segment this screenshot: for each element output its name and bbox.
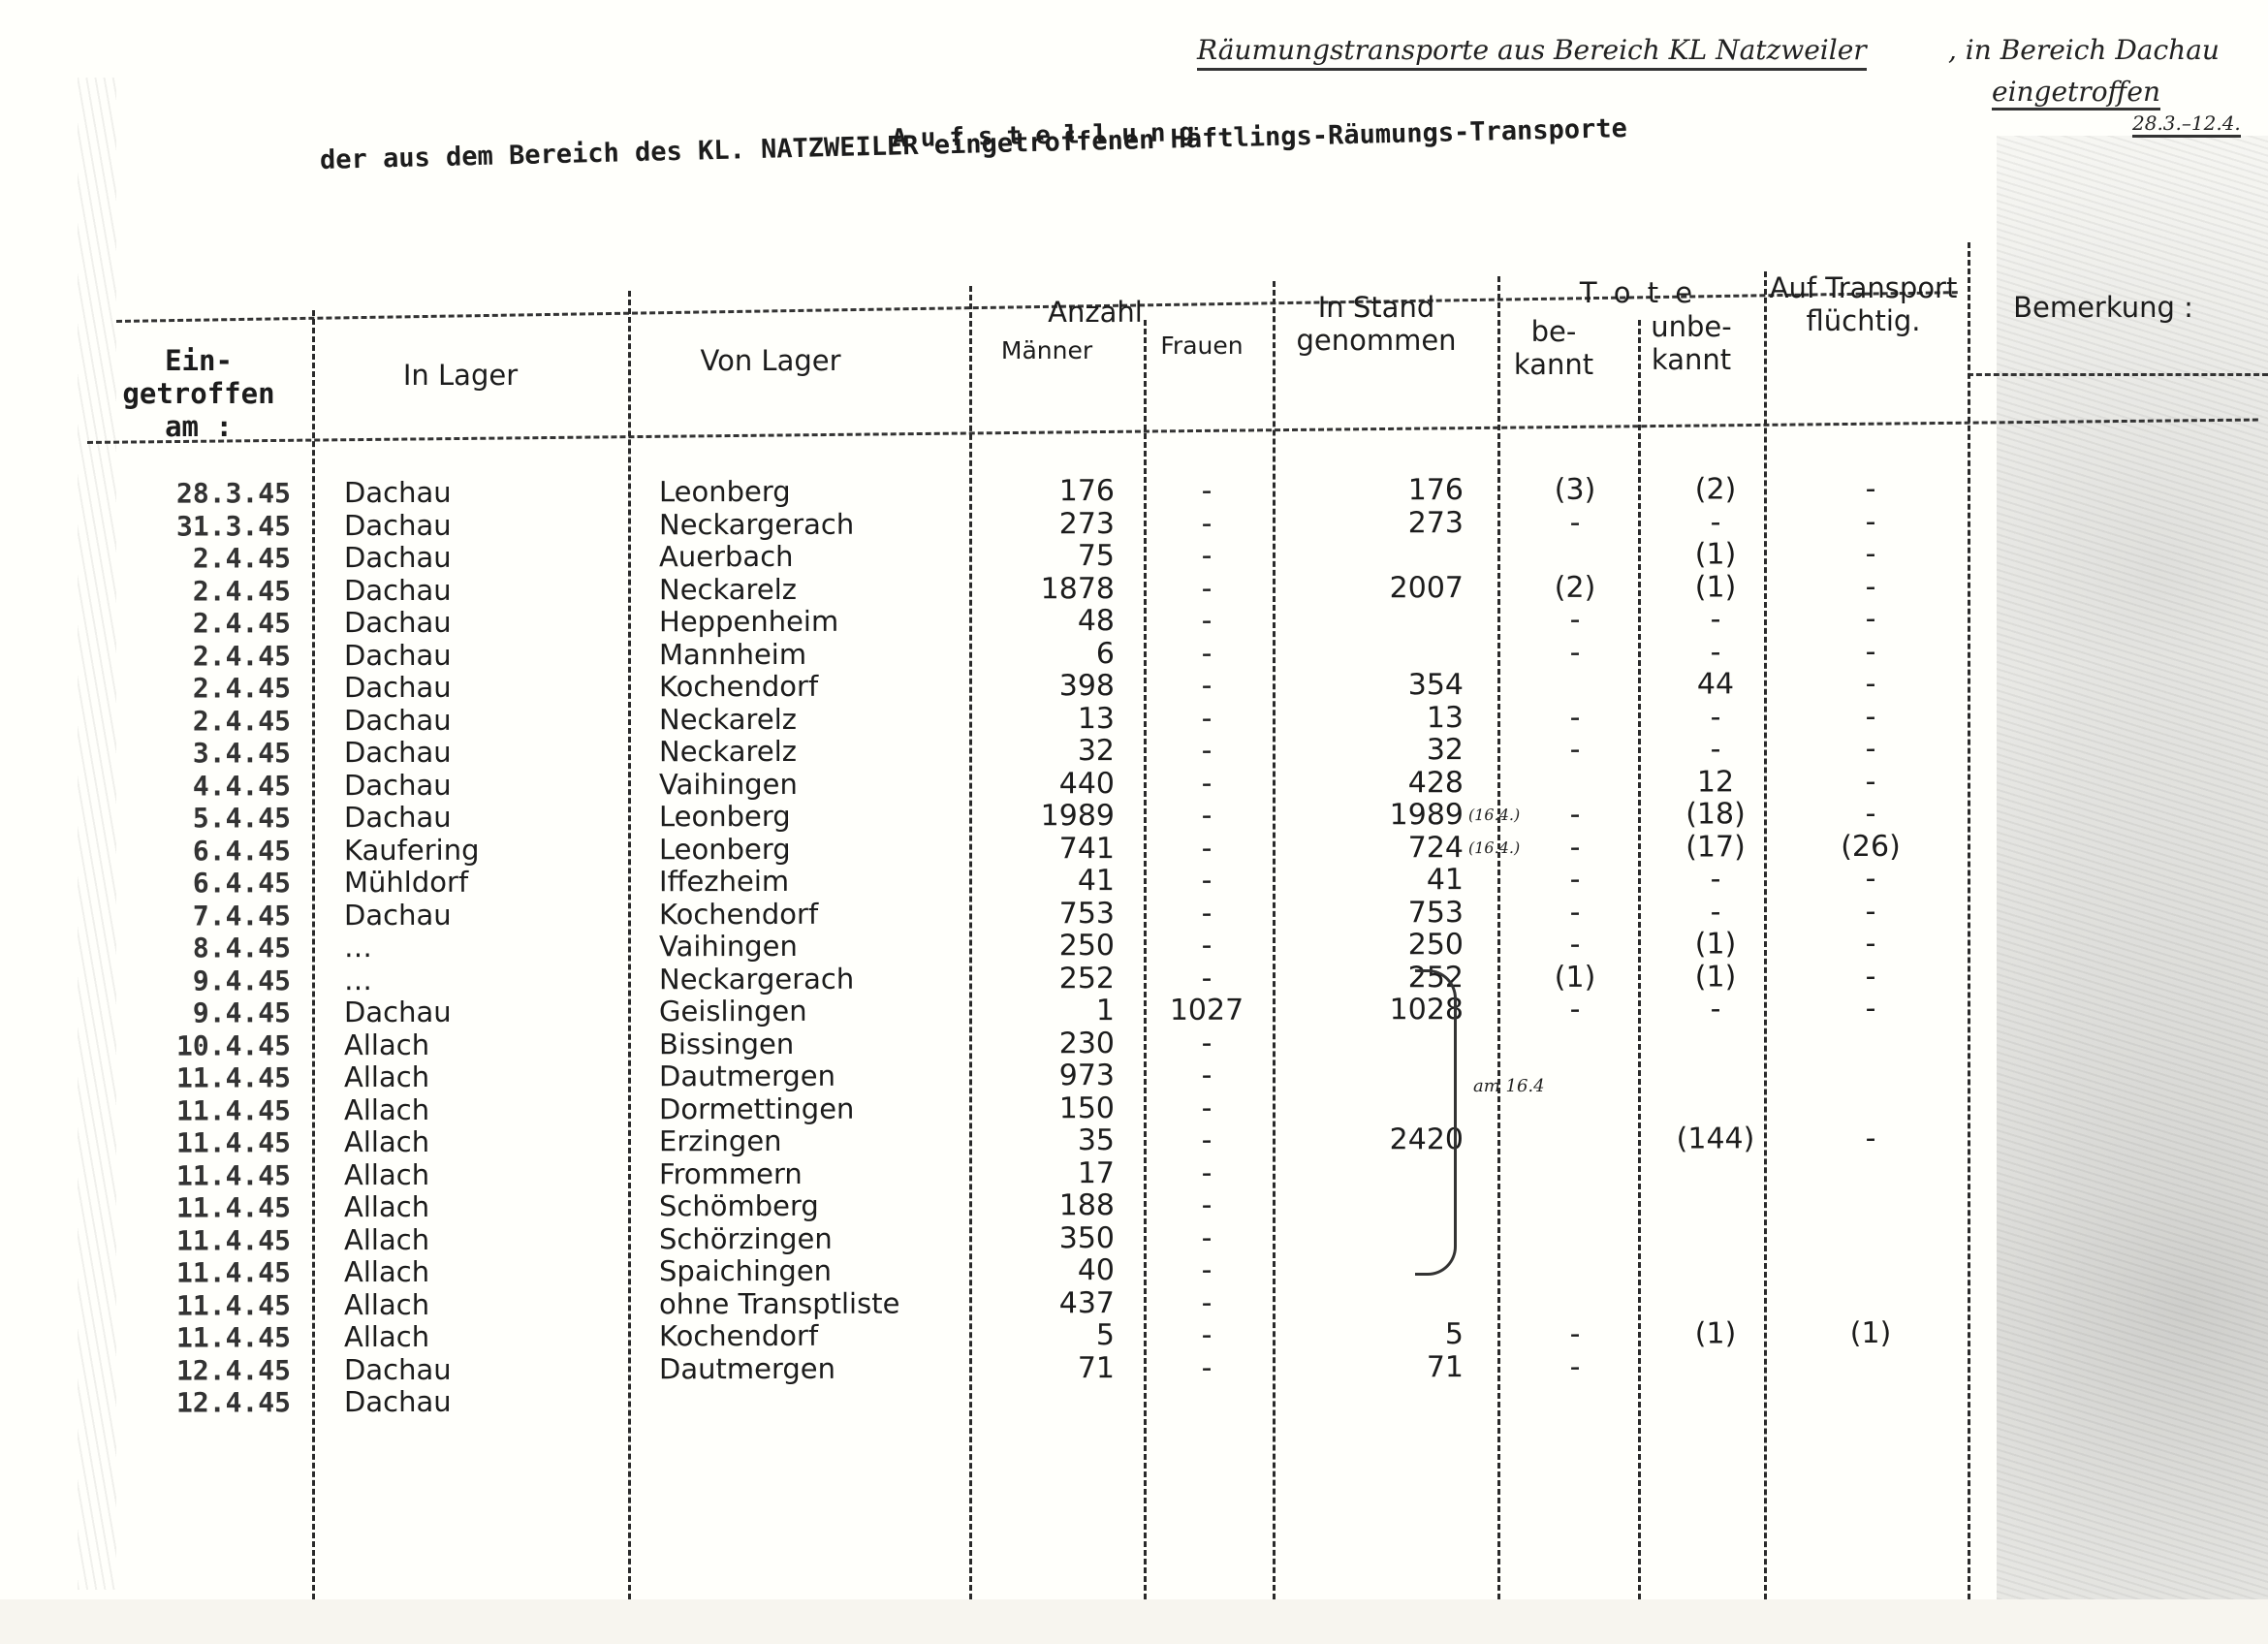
dead-known-cell: (2) <box>1512 571 1638 603</box>
in-camp-cell: … <box>344 932 372 964</box>
date-cell: 8.4.45 <box>107 932 291 964</box>
in-camp-cell: Dachau <box>344 1353 452 1385</box>
women-count-cell: - <box>1163 670 1250 702</box>
women-count-cell: - <box>1163 1027 1250 1059</box>
date-cell: 11.4.45 <box>107 1191 291 1223</box>
dead-unknown-cell: (1) <box>1653 928 1779 960</box>
from-camp-cell: Iffezheim <box>659 866 789 898</box>
date-cell: 11.4.45 <box>107 1159 291 1191</box>
women-count-cell: - <box>1163 605 1250 637</box>
date-cell: 2.4.45 <box>107 575 291 607</box>
in-camp-cell: Allach <box>344 1093 429 1125</box>
header-in-camp: In Lager <box>339 359 582 392</box>
from-camp-cell: Kochendorf <box>659 671 818 703</box>
stand-count-cell: 13 <box>1328 702 1464 734</box>
dead-known-cell: (3) <box>1512 474 1638 506</box>
in-camp-cell: Mühldorf <box>344 867 468 899</box>
men-count-cell: 13 <box>998 703 1115 735</box>
women-count-cell: - <box>1163 962 1250 994</box>
header-dead-unknown: unbe-kannt <box>1638 310 1745 376</box>
table-row: 31.3.45DachauNeckargerach273-273--- <box>0 504 2268 542</box>
in-camp-cell: Allach <box>344 1321 429 1353</box>
from-camp-cell: Heppenheim <box>659 606 838 638</box>
men-count-cell: 273 <box>998 508 1115 540</box>
dead-unknown-cell: - <box>1653 896 1779 928</box>
table-row: 7.4.45DachauKochendorf753-753--- <box>0 894 2268 932</box>
from-camp-cell: Schörzingen <box>659 1222 833 1254</box>
in-camp-cell: Dachau <box>344 996 452 1028</box>
header-escaped: Auf Transport flüchtig. <box>1769 271 1958 337</box>
men-count-cell: 398 <box>998 670 1115 702</box>
date-cell: 11.4.45 <box>107 1289 291 1321</box>
women-count-cell: - <box>1163 832 1250 864</box>
escaped-cell: - <box>1793 603 1948 635</box>
from-camp-cell: Neckarelz <box>659 573 797 605</box>
dead-unknown-cell: 44 <box>1653 668 1779 700</box>
header-date: Ein-getroffen am : <box>107 344 291 443</box>
women-count-cell: - <box>1163 1059 1250 1091</box>
dead-unknown-cell: (1) <box>1653 538 1779 570</box>
women-count-cell: - <box>1163 1319 1250 1351</box>
header-from-camp: Von Lager <box>649 344 892 377</box>
men-count-cell: 973 <box>998 1059 1115 1091</box>
date-cell: 2.4.45 <box>107 705 291 737</box>
men-count-cell: 753 <box>998 898 1115 930</box>
stand-count-cell: 71 <box>1328 1351 1464 1383</box>
date-cell: 10.4.45 <box>107 1029 291 1061</box>
bracket-note: am 16.4 <box>1473 1076 1545 1096</box>
table-row: 10.4.45AllachBissingen230- <box>0 1024 2268 1061</box>
dead-unknown-cell: - <box>1653 636 1779 668</box>
men-count-cell: 741 <box>998 833 1115 865</box>
men-count-cell: 1989 <box>998 800 1115 832</box>
date-cell: 2.4.45 <box>107 640 291 672</box>
dead-unknown-cell: (17) <box>1653 831 1779 863</box>
date-cell: 4.4.45 <box>107 770 291 802</box>
date-cell: 5.4.45 <box>107 802 291 834</box>
escaped-cell: - <box>1793 863 1948 895</box>
men-count-cell: 6 <box>998 638 1115 670</box>
date-cell: 7.4.45 <box>107 900 291 932</box>
in-camp-cell: Dachau <box>344 802 452 834</box>
men-count-cell: 40 <box>998 1254 1115 1286</box>
from-camp-cell: Frommern <box>659 1157 803 1189</box>
table-row: 2.4.45DachauMannheim6---- <box>0 634 2268 672</box>
header-dead-known: be-kannt <box>1500 315 1607 381</box>
escaped-cell: - <box>1793 1122 1948 1154</box>
women-count-cell: - <box>1163 637 1250 669</box>
women-count-cell: - <box>1163 1124 1250 1156</box>
in-camp-cell: Dachau <box>344 542 452 574</box>
dead-known-cell: - <box>1512 896 1638 928</box>
women-count-cell: - <box>1163 1221 1250 1253</box>
men-count-cell: 230 <box>998 1027 1115 1059</box>
stand-count-cell: 2007 <box>1328 572 1464 604</box>
dead-known-cell: - <box>1512 799 1638 831</box>
date-cell: 2.4.45 <box>107 542 291 574</box>
header-men: Männer <box>964 334 1129 367</box>
in-camp-cell: Allach <box>344 1126 429 1158</box>
in-camp-cell: Dachau <box>344 899 452 931</box>
stand-count-cell: 250 <box>1328 929 1464 961</box>
dead-unknown-cell: - <box>1653 603 1779 635</box>
table-row: 11.4.45AllachDautmergen973- <box>0 1057 2268 1094</box>
table-row: 11.4.45AllachSchömberg188- <box>0 1186 2268 1224</box>
from-camp-cell: Dormettingen <box>659 1092 854 1125</box>
header-stand: In Stand genommen <box>1279 291 1473 357</box>
date-cell: 3.4.45 <box>107 737 291 769</box>
from-camp-cell: Neckarelz <box>659 703 797 735</box>
men-count-cell: 350 <box>998 1222 1115 1254</box>
stand-count-cell: 354 <box>1328 669 1464 701</box>
header-dead-group: T o t e <box>1512 276 1764 309</box>
women-count-cell: - <box>1163 800 1250 832</box>
from-camp-cell: Dautmergen <box>659 1060 835 1092</box>
men-count-cell: 35 <box>998 1124 1115 1156</box>
table-row: 9.4.45DachauGeislingen110271028--- <box>0 992 2268 1029</box>
escaped-cell: - <box>1793 928 1948 960</box>
women-count-cell: - <box>1163 1254 1250 1286</box>
in-camp-cell: Allach <box>344 1223 429 1255</box>
in-camp-cell: Dachau <box>344 769 452 801</box>
dead-unknown-cell: - <box>1653 506 1779 538</box>
women-count-cell: - <box>1163 507 1250 539</box>
women-count-cell: - <box>1163 1286 1250 1318</box>
dead-unknown-cell: - <box>1653 733 1779 765</box>
women-count-cell: - <box>1163 702 1250 734</box>
men-count-cell: 252 <box>998 963 1115 995</box>
from-camp-cell: Neckargerach <box>659 963 854 996</box>
in-camp-cell: Allach <box>344 1191 429 1223</box>
table-row: 4.4.45DachauVaihingen440-42812- <box>0 764 2268 802</box>
escaped-cell: - <box>1793 538 1948 570</box>
in-camp-cell: Dachau <box>344 1386 452 1418</box>
from-camp-cell: Mannheim <box>659 638 806 670</box>
men-count-cell: 440 <box>998 768 1115 800</box>
men-count-cell: 32 <box>998 735 1115 767</box>
date-cell: 11.4.45 <box>107 1321 291 1353</box>
stand-count-cell: 176 <box>1328 474 1464 506</box>
men-count-cell: 250 <box>998 930 1115 962</box>
men-count-cell: 41 <box>998 865 1115 897</box>
in-camp-cell: Dachau <box>344 574 452 606</box>
in-camp-cell: Allach <box>344 1288 429 1320</box>
women-count-cell: - <box>1163 1091 1250 1123</box>
date-cell: 2.4.45 <box>107 672 291 704</box>
escaped-cell: (1) <box>1793 1317 1948 1349</box>
date-cell: 31.3.45 <box>107 510 291 542</box>
date-cell: 12.4.45 <box>107 1386 291 1418</box>
from-camp-cell: Spaichingen <box>659 1255 832 1287</box>
in-camp-cell: Allach <box>344 1158 429 1190</box>
table-row: 3.4.45DachauNeckarelz32-32--- <box>0 732 2268 770</box>
table-row: 11.4.45AllachFrommern17- <box>0 1154 2268 1191</box>
dead-unknown-cell: (1) <box>1653 1317 1779 1349</box>
table-row: 9.4.45…Neckargerach252-252(1)(1)- <box>0 959 2268 996</box>
table-row: 11.4.45AllachErzingen35-2420(144)- <box>0 1122 2268 1159</box>
women-count-cell: - <box>1163 540 1250 572</box>
in-camp-cell: Dachau <box>344 639 452 671</box>
in-camp-cell: … <box>344 964 372 996</box>
from-camp-cell: Kochendorf <box>659 898 818 930</box>
women-count-cell: - <box>1163 1156 1250 1188</box>
dead-known-cell: - <box>1512 1318 1638 1350</box>
men-count-cell: 75 <box>998 540 1115 572</box>
from-camp-cell: Neckargerach <box>659 508 854 541</box>
stand-count-cell: 1989 <box>1328 799 1464 831</box>
date-cell: 11.4.45 <box>107 1224 291 1256</box>
dead-unknown-cell: - <box>1653 701 1779 733</box>
table-row: 12.4.45DachauDautmergen71-71- <box>0 1348 2268 1386</box>
escaped-cell: - <box>1793 505 1948 537</box>
women-count-cell: 1027 <box>1163 995 1250 1027</box>
women-count-cell: - <box>1163 865 1250 897</box>
dead-known-cell: (1) <box>1512 961 1638 993</box>
handwritten-heading: Räumungstransporte aus Bereich KL Natzwe… <box>1197 34 1867 71</box>
women-count-cell: - <box>1163 930 1250 962</box>
date-cell: 12.4.45 <box>107 1354 291 1386</box>
men-count-cell: 17 <box>998 1157 1115 1189</box>
dead-unknown-cell: - <box>1653 863 1779 895</box>
from-camp-cell: Schömberg <box>659 1190 819 1222</box>
table-row: 12.4.45Dachau <box>0 1381 2268 1419</box>
escaped-cell: - <box>1793 765 1948 797</box>
table-row: 2.4.45DachauNeckarelz1878-2007(2)(1)- <box>0 569 2268 607</box>
stand-count-cell: 273 <box>1328 507 1464 539</box>
escaped-cell: - <box>1793 960 1948 992</box>
escaped-cell: - <box>1793 798 1948 830</box>
table-row: 28.3.45DachauLeonberg176-176(3)(2)- <box>0 472 2268 510</box>
stand-count-cell: 753 <box>1328 897 1464 929</box>
escaped-cell: - <box>1793 700 1948 732</box>
women-count-cell: - <box>1163 1351 1250 1383</box>
bracket-mark <box>1415 969 1457 1276</box>
men-count-cell: 176 <box>998 475 1115 507</box>
escaped-cell: - <box>1793 635 1948 667</box>
men-count-cell: 71 <box>998 1352 1115 1384</box>
dead-unknown-cell: (144) <box>1653 1122 1779 1154</box>
header-count-group: Anzahl <box>1018 296 1173 329</box>
table-row: 11.4.45AllachSpaichingen40- <box>0 1251 2268 1289</box>
in-camp-cell: Allach <box>344 1061 429 1093</box>
table-row: 11.4.45AllachKochendorf5-5-(1)(1) <box>0 1316 2268 1354</box>
date-cell: 2.4.45 <box>107 607 291 639</box>
dead-known-cell: - <box>1512 929 1638 961</box>
date-cell: 9.4.45 <box>107 996 291 1028</box>
women-count-cell: - <box>1163 572 1250 604</box>
in-camp-cell: Dachau <box>344 737 452 769</box>
in-camp-cell: Dachau <box>344 672 452 704</box>
from-camp-cell: Auerbach <box>659 541 794 573</box>
dead-unknown-cell: (18) <box>1653 798 1779 830</box>
date-cell: 28.3.45 <box>107 477 291 509</box>
from-camp-cell: Leonberg <box>659 833 791 865</box>
men-count-cell: 1878 <box>998 573 1115 605</box>
escaped-cell: (26) <box>1793 830 1948 862</box>
men-count-cell: 150 <box>998 1092 1115 1124</box>
table-row: 11.4.45AllachSchörzingen350- <box>0 1218 2268 1256</box>
in-camp-cell: Dachau <box>344 607 452 639</box>
dead-known-cell: - <box>1512 994 1638 1026</box>
scan-margin <box>0 1599 2268 1644</box>
from-camp-cell: Dautmergen <box>659 1352 835 1384</box>
date-cell: 11.4.45 <box>107 1061 291 1093</box>
date-cell: 9.4.45 <box>107 964 291 996</box>
in-camp-cell: Allach <box>344 1256 429 1288</box>
handwritten-heading-2: , in Bereich Dachau <box>1948 34 2220 66</box>
from-camp-cell: Leonberg <box>659 801 791 833</box>
women-count-cell: - <box>1163 897 1250 929</box>
table-row: 6.4.45MühldorfIffezheim41-41--- <box>0 862 2268 900</box>
escaped-cell: - <box>1793 473 1948 505</box>
date-cell: 11.4.45 <box>107 1126 291 1158</box>
women-count-cell: - <box>1163 735 1250 767</box>
dead-known-cell: - <box>1512 1350 1638 1382</box>
stand-count-cell: 724 <box>1328 832 1464 864</box>
table-row: 2.4.45DachauHeppenheim48---- <box>0 602 2268 640</box>
date-cell: 6.4.45 <box>107 867 291 899</box>
dead-unknown-cell: - <box>1653 993 1779 1025</box>
dead-unknown-cell: 12 <box>1653 766 1779 798</box>
dead-unknown-cell: (2) <box>1653 473 1779 505</box>
table-row: 2.4.45DachauNeckarelz13-13--- <box>0 699 2268 737</box>
men-count-cell: 437 <box>998 1287 1115 1319</box>
from-camp-cell: Vaihingen <box>659 931 798 963</box>
stand-count-cell: 32 <box>1328 734 1464 766</box>
dead-unknown-cell: (1) <box>1653 571 1779 603</box>
escaped-cell: - <box>1793 895 1948 927</box>
in-camp-cell: Dachau <box>344 509 452 541</box>
dead-known-cell: - <box>1512 604 1638 636</box>
table-row: 5.4.45DachauLeonberg1989-1989(16.4.)-(18… <box>0 797 2268 835</box>
men-count-cell: 48 <box>998 605 1115 637</box>
date-cell: 11.4.45 <box>107 1256 291 1288</box>
dead-known-cell: - <box>1512 831 1638 863</box>
stand-count-cell: 428 <box>1328 767 1464 799</box>
dead-known-cell: - <box>1512 506 1638 538</box>
men-count-cell: 188 <box>998 1189 1115 1221</box>
dead-known-cell: - <box>1512 636 1638 668</box>
escaped-cell: - <box>1793 570 1948 602</box>
from-camp-cell: Erzingen <box>659 1125 782 1157</box>
in-camp-cell: Dachau <box>344 704 452 736</box>
from-camp-cell: Geislingen <box>659 996 807 1027</box>
women-count-cell: - <box>1163 1189 1250 1221</box>
from-camp-cell: Bissingen <box>659 1027 794 1059</box>
from-camp-cell: Vaihingen <box>659 768 798 800</box>
table-row: 11.4.45Allachohne Transptliste437- <box>0 1283 2268 1321</box>
table-row: 11.4.45AllachDormettingen150- <box>0 1089 2268 1126</box>
table-row: 8.4.45…Vaihingen250-250-(1)- <box>0 927 2268 964</box>
escaped-cell: - <box>1793 993 1948 1025</box>
dead-known-cell: - <box>1512 864 1638 896</box>
men-count-cell: 5 <box>998 1319 1115 1351</box>
women-count-cell: - <box>1163 767 1250 799</box>
handwritten-date-range: 28.3.–12.4. <box>2132 111 2241 138</box>
table-row: 2.4.45DachauAuerbach75-(1)- <box>0 537 2268 575</box>
header-remarks: Bemerkung : <box>1997 291 2210 324</box>
date-cell: 6.4.45 <box>107 835 291 867</box>
from-camp-cell: Leonberg <box>659 476 791 508</box>
table-row: 2.4.45DachauKochendorf398-35444- <box>0 667 2268 705</box>
escaped-cell: - <box>1793 733 1948 765</box>
from-camp-cell: Kochendorf <box>659 1320 818 1352</box>
escaped-cell: - <box>1793 668 1948 700</box>
handwritten-heading-3: eingetroffen <box>1992 76 2160 111</box>
stand-count-cell: 5 <box>1328 1318 1464 1350</box>
stand-count-cell: 41 <box>1328 864 1464 896</box>
dead-known-cell: - <box>1512 734 1638 766</box>
in-camp-cell: Allach <box>344 1028 429 1060</box>
header-women: Frauen <box>1134 330 1270 363</box>
table-row: 6.4.45KauferingLeonberg741-724(16.4.)-(1… <box>0 829 2268 867</box>
men-count-cell: 1 <box>998 995 1115 1027</box>
date-cell: 11.4.45 <box>107 1094 291 1126</box>
women-count-cell: - <box>1163 475 1250 507</box>
in-camp-cell: Dachau <box>344 477 452 509</box>
from-camp-cell: Neckarelz <box>659 736 797 768</box>
dead-known-cell: - <box>1512 701 1638 733</box>
dead-unknown-cell: (1) <box>1653 961 1779 993</box>
from-camp-cell: ohne Transptliste <box>659 1287 900 1320</box>
in-camp-cell: Kaufering <box>344 834 480 866</box>
